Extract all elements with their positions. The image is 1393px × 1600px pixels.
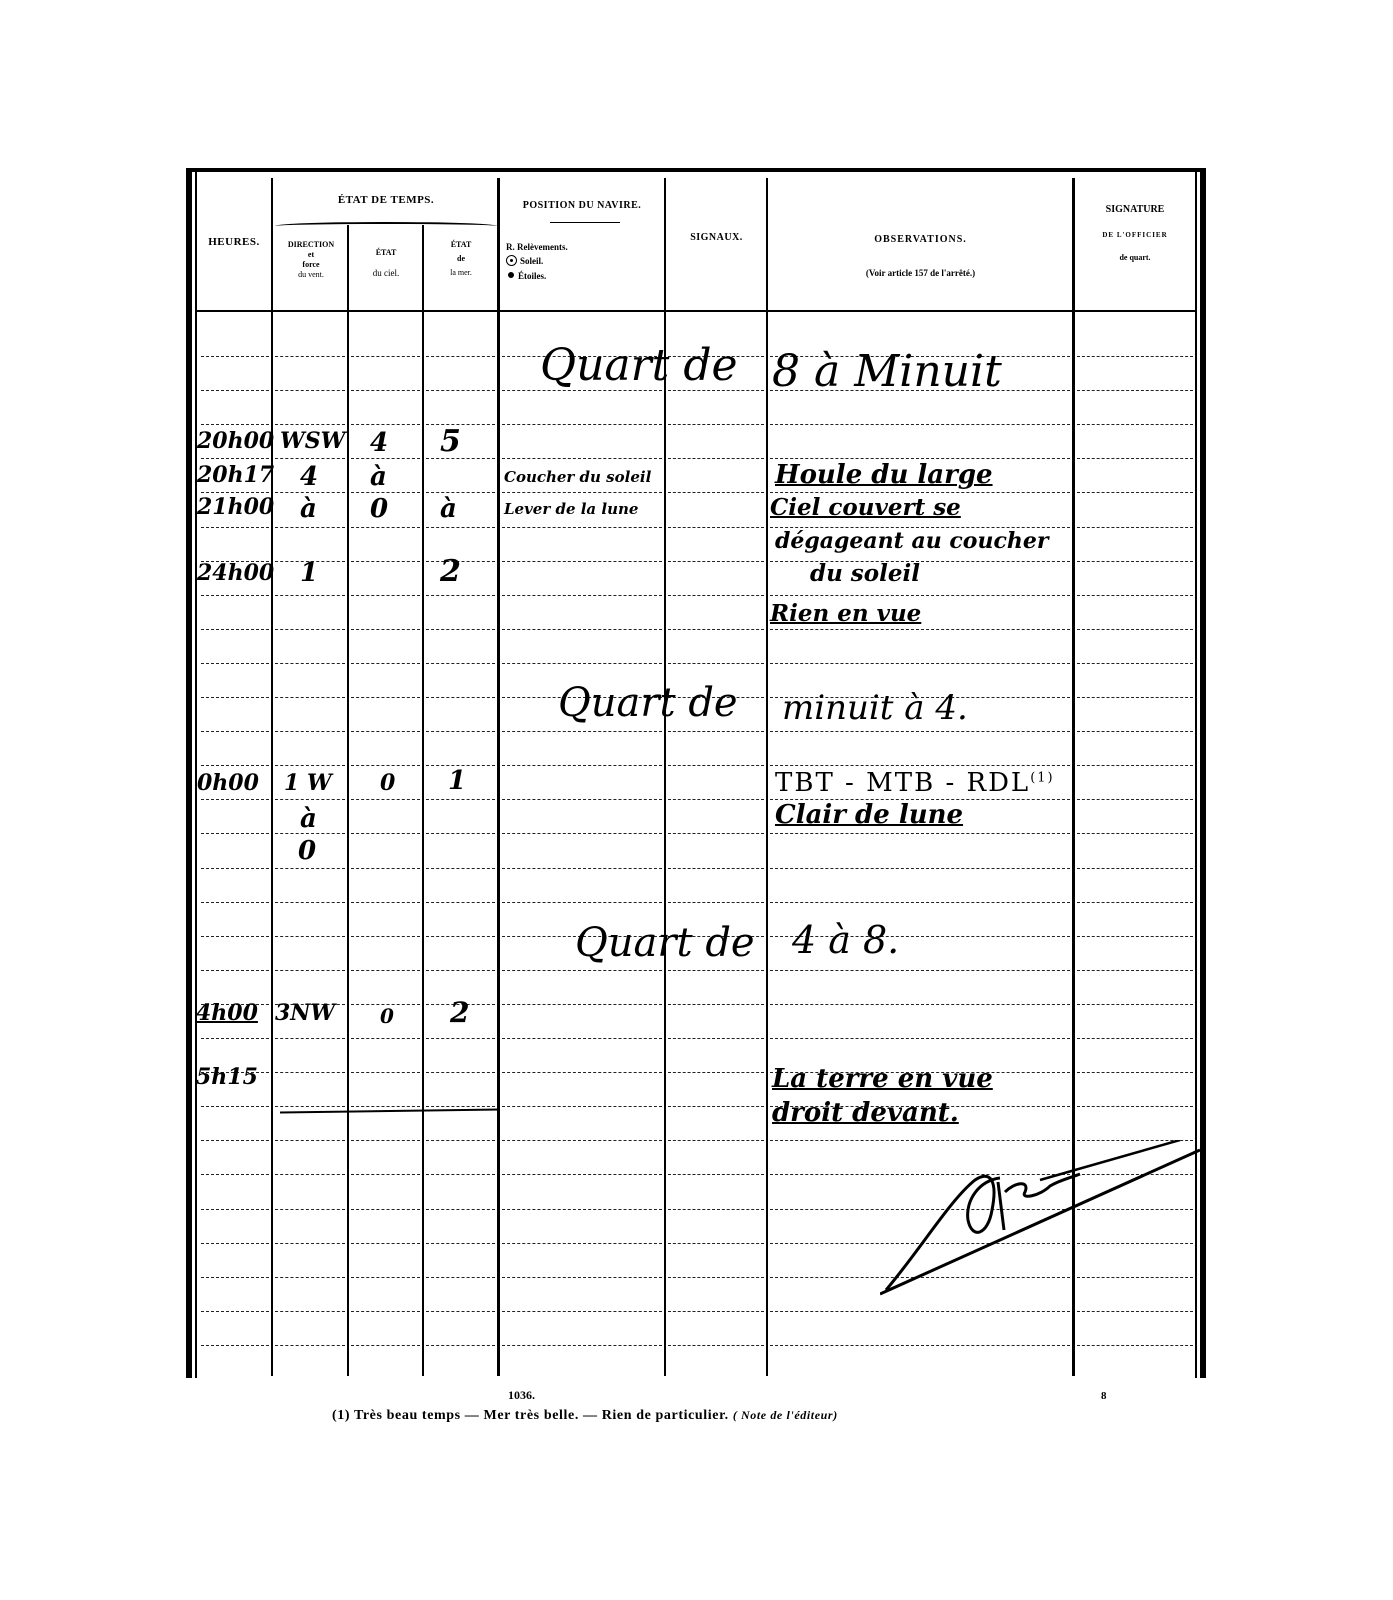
header-position-legend: R. Relèvements. Soleil. Étoiles. — [506, 240, 568, 283]
observation-line: droit devant. — [772, 1098, 959, 1128]
row-rule — [426, 1209, 495, 1210]
row-rule — [770, 424, 1070, 425]
row-rule — [502, 731, 662, 732]
row-rule — [201, 902, 269, 903]
observation-line: Ciel couvert se — [770, 494, 961, 521]
row-rule — [426, 1311, 495, 1312]
row-rule — [275, 731, 345, 732]
header-line: force — [275, 260, 347, 270]
row-rule — [351, 1140, 420, 1141]
row-rule — [275, 936, 345, 937]
table-frame-left — [186, 168, 192, 1378]
row-rule — [770, 902, 1070, 903]
row-rule — [502, 765, 662, 766]
heure-cell: 0h00 — [197, 770, 259, 796]
row-rule — [201, 731, 269, 732]
row-rule — [1077, 1311, 1193, 1312]
row-rule — [426, 390, 495, 391]
vent-cell: 0 — [298, 836, 316, 866]
row-rule — [1077, 1106, 1193, 1107]
row-rule — [201, 1209, 269, 1210]
observation-line: TBT - MTB - RDL(1) — [775, 768, 1055, 798]
row-rule — [668, 1072, 764, 1073]
row-rule — [668, 799, 764, 800]
row-rule — [502, 799, 662, 800]
row-rule — [1077, 799, 1193, 800]
watch-3-title-right: 4 à 8. — [792, 918, 899, 962]
row-rule — [668, 970, 764, 971]
row-rule — [275, 697, 345, 698]
row-rule — [351, 833, 420, 834]
row-rule — [770, 458, 1070, 459]
row-rule — [502, 492, 662, 493]
row-rule — [770, 731, 1070, 732]
row-rule — [275, 492, 345, 493]
header-etat-de-temps: ÉTAT DE TEMPS. — [275, 194, 497, 208]
row-rule — [668, 1038, 764, 1039]
heure-cell: 4h00 — [196, 1000, 258, 1026]
header-bottom-rule — [197, 310, 1195, 312]
row-rule — [668, 1345, 764, 1346]
row-rule — [502, 1174, 662, 1175]
row-rule — [1077, 1038, 1193, 1039]
row-rule — [275, 1277, 345, 1278]
row-rule — [351, 1345, 420, 1346]
row-rule — [770, 629, 1070, 630]
row-rule — [770, 868, 1070, 869]
row-rule — [502, 1038, 662, 1039]
row-rule — [502, 1311, 662, 1312]
row-rule — [275, 1311, 345, 1312]
row-rule — [1077, 629, 1193, 630]
footnote-ref: (1) — [1030, 770, 1054, 785]
position-rule — [550, 222, 620, 223]
row-rule — [426, 595, 495, 596]
row-rule — [1077, 527, 1193, 528]
row-rule — [201, 1345, 269, 1346]
position-cell: Lever de la lune — [504, 500, 638, 518]
row-rule — [1077, 833, 1193, 834]
row-rule — [351, 390, 420, 391]
row-rule — [668, 424, 764, 425]
ciel-cell: 0 — [380, 770, 395, 796]
row-rule — [275, 595, 345, 596]
row-rule — [351, 1038, 420, 1039]
row-rule — [351, 424, 420, 425]
row-rule — [1077, 492, 1193, 493]
row-rule — [351, 663, 420, 664]
footnote-text: (1) Très beau temps — Mer très belle. — … — [332, 1408, 729, 1423]
row-rule — [275, 1072, 345, 1073]
row-rule — [426, 629, 495, 630]
row-rule — [351, 936, 420, 937]
row-rule — [426, 1106, 495, 1107]
row-rule — [351, 868, 420, 869]
header-line: de quart. — [1075, 253, 1195, 263]
row-rule — [1077, 458, 1193, 459]
row-rule — [201, 1243, 269, 1244]
row-rule — [201, 356, 269, 357]
row-rule — [1077, 765, 1193, 766]
row-rule — [668, 1277, 764, 1278]
row-rule — [502, 1004, 662, 1005]
row-rule — [668, 731, 764, 732]
row-rule — [351, 970, 420, 971]
row-rule — [426, 1174, 495, 1175]
row-rule — [351, 765, 420, 766]
row-rule — [1077, 561, 1193, 562]
row-rule — [201, 1106, 269, 1107]
row-rule — [201, 663, 269, 664]
ciel-cell: à — [370, 462, 387, 492]
row-rule — [502, 561, 662, 562]
vent-cell: à — [300, 804, 317, 834]
row-rule — [426, 697, 495, 698]
row-rule — [426, 1243, 495, 1244]
header-observations-note: (Voir article 157 de l'arrêté.) — [769, 268, 1072, 279]
vent-cell: 1 W — [284, 770, 332, 796]
row-rule — [1077, 356, 1193, 357]
row-rule — [668, 1311, 764, 1312]
col-divider-heures — [271, 178, 273, 1376]
header-line: et — [275, 250, 347, 260]
sheet-mark: 8 — [1101, 1390, 1107, 1402]
row-rule — [351, 799, 420, 800]
row-rule — [1077, 1004, 1193, 1005]
header-line: DIRECTION — [275, 240, 347, 250]
row-rule — [502, 424, 662, 425]
row-rule — [275, 799, 345, 800]
row-rule — [275, 1106, 345, 1107]
row-rule — [275, 390, 345, 391]
row-rule — [201, 458, 269, 459]
row-rule — [275, 868, 345, 869]
row-rule — [201, 1174, 269, 1175]
row-rule — [668, 833, 764, 834]
row-rule — [351, 492, 420, 493]
row-rule — [201, 765, 269, 766]
row-rule — [426, 1277, 495, 1278]
row-rule — [201, 595, 269, 596]
row-rule — [201, 390, 269, 391]
observation-line: Rien en vue — [770, 600, 921, 627]
row-rule — [668, 595, 764, 596]
col-divider-mer — [497, 178, 500, 1376]
row-rule — [275, 970, 345, 971]
row-rule — [275, 1243, 345, 1244]
row-rule — [1077, 936, 1193, 937]
header-line: du vent. — [275, 270, 347, 280]
row-rule — [426, 356, 495, 357]
row-rule — [668, 765, 764, 766]
row-rule — [426, 731, 495, 732]
row-rule — [351, 595, 420, 596]
row-rule — [770, 833, 1070, 834]
row-rule — [426, 936, 495, 937]
row-rule — [201, 833, 269, 834]
heure-cell: 20h17 — [197, 462, 274, 488]
row-rule — [668, 1106, 764, 1107]
row-rule — [668, 1174, 764, 1175]
row-rule — [502, 527, 662, 528]
vent-cell: à — [300, 494, 317, 524]
header-position-navire: POSITION DU NAVIRE. — [500, 200, 664, 213]
row-rule — [426, 868, 495, 869]
header-direction-vent: DIRECTION et force du vent. — [275, 240, 347, 280]
row-rule — [275, 1345, 345, 1346]
row-rule — [201, 697, 269, 698]
row-rule — [426, 492, 495, 493]
row-rule — [1077, 697, 1193, 698]
row-rule — [502, 1345, 662, 1346]
row-rule — [668, 1140, 764, 1141]
row-rule — [201, 492, 269, 493]
header-etat-ciel: ÉTAT du ciel. — [350, 248, 422, 279]
header-line: de — [425, 254, 497, 264]
row-rule — [275, 765, 345, 766]
footnote: (1) Très beau temps — Mer très belle. — … — [332, 1408, 838, 1424]
row-rule — [201, 1311, 269, 1312]
legend-soleil: Soleil. — [506, 254, 568, 268]
row-rule — [351, 1072, 420, 1073]
row-rule — [201, 799, 269, 800]
col-divider-vent — [347, 225, 349, 1376]
vent-cell: WSW — [280, 428, 345, 454]
row-rule — [426, 833, 495, 834]
row-rule — [770, 970, 1070, 971]
page-number: 1036. — [508, 1388, 535, 1403]
row-rule — [770, 1004, 1070, 1005]
row-rule — [201, 936, 269, 937]
vent-cell: 1 — [300, 558, 318, 588]
row-rule — [770, 1345, 1070, 1346]
row-rule — [1077, 1072, 1193, 1073]
row-rule — [668, 868, 764, 869]
watch-1-title-left: Quart de — [540, 340, 738, 391]
row-rule — [275, 424, 345, 425]
row-rule — [668, 1004, 764, 1005]
row-rule — [502, 458, 662, 459]
table-frame-right — [1200, 168, 1206, 1378]
row-rule — [668, 458, 764, 459]
row-rule — [201, 527, 269, 528]
row-rule — [201, 868, 269, 869]
legend-etoiles: Étoiles. — [506, 269, 568, 283]
observation-line: La terre en vue — [772, 1064, 993, 1094]
header-line: DE L'OFFICIER — [1075, 231, 1195, 240]
row-rule — [201, 1140, 269, 1141]
row-rule — [668, 1243, 764, 1244]
row-rule — [502, 1277, 662, 1278]
header-line: ÉTAT — [425, 240, 497, 250]
watch-2-title-left: Quart de — [558, 680, 738, 726]
ciel-cell: 0 — [380, 1004, 394, 1028]
mer-cell: 5 — [440, 424, 461, 459]
legend-label: Soleil. — [520, 256, 543, 266]
row-rule — [502, 1140, 662, 1141]
header-line: la mer. — [425, 268, 497, 278]
row-rule — [1077, 902, 1193, 903]
col-divider-ciel — [422, 225, 424, 1376]
row-rule — [770, 595, 1070, 596]
row-rule — [1077, 595, 1193, 596]
row-rule — [351, 1277, 420, 1278]
sun-icon — [506, 255, 517, 266]
row-rule — [351, 527, 420, 528]
ciel-cell: 4 — [370, 428, 388, 458]
row-rule — [351, 561, 420, 562]
observation-line: du soleil — [810, 560, 920, 587]
logbook-page: HEURES. ÉTAT DE TEMPS. DIRECTION et forc… — [0, 0, 1393, 1600]
mer-cell: à — [440, 494, 457, 524]
row-rule — [502, 1072, 662, 1073]
row-rule — [201, 424, 269, 425]
header-line: SIGNATURE — [1075, 204, 1195, 217]
row-rule — [502, 1209, 662, 1210]
row-rule — [668, 561, 764, 562]
mer-cell: 1 — [448, 766, 466, 796]
row-rule — [351, 458, 420, 459]
row-rule — [1077, 390, 1193, 391]
row-rule — [351, 1209, 420, 1210]
row-rule — [770, 663, 1070, 664]
row-rule — [502, 1106, 662, 1107]
row-rule — [275, 1038, 345, 1039]
footnote-editor-note: ( Note de l'éditeur) — [733, 1408, 838, 1422]
row-rule — [502, 970, 662, 971]
row-rule — [351, 629, 420, 630]
header-line: ÉTAT — [350, 248, 422, 258]
row-rule — [770, 1038, 1070, 1039]
row-rule — [201, 1038, 269, 1039]
row-rule — [502, 595, 662, 596]
row-rule — [275, 527, 345, 528]
row-rule — [275, 356, 345, 357]
row-rule — [502, 833, 662, 834]
row-rule — [668, 527, 764, 528]
observation-line: Clair de lune — [775, 800, 963, 830]
row-rule — [201, 970, 269, 971]
row-rule — [770, 1311, 1070, 1312]
row-rule — [275, 1174, 345, 1175]
row-rule — [426, 799, 495, 800]
row-rule — [668, 1209, 764, 1210]
row-rule — [1077, 663, 1193, 664]
vent-cell: 3NW — [275, 1000, 335, 1026]
row-rule — [426, 1072, 495, 1073]
row-rule — [426, 1140, 495, 1141]
row-rule — [351, 1106, 420, 1107]
row-rule — [201, 1277, 269, 1278]
observation-line: Houle du large — [775, 460, 993, 490]
legend-label: Étoiles. — [518, 271, 546, 281]
row-rule — [502, 902, 662, 903]
watch-2-title-right: minuit à 4. — [782, 688, 968, 728]
row-rule — [351, 1311, 420, 1312]
row-rule — [426, 970, 495, 971]
officer-signature — [880, 1140, 1200, 1300]
row-rule — [668, 629, 764, 630]
row-rule — [426, 1345, 495, 1346]
watch-3-title-left: Quart de — [575, 920, 755, 966]
watch-1-title-right: 8 à Minuit — [772, 346, 1002, 397]
star-icon — [508, 272, 514, 278]
row-rule — [502, 663, 662, 664]
row-rule — [351, 697, 420, 698]
row-rule — [502, 868, 662, 869]
row-rule — [201, 629, 269, 630]
row-rule — [351, 356, 420, 357]
observation-line: dégageant au coucher — [775, 528, 1048, 554]
row-rule — [426, 527, 495, 528]
row-rule — [770, 492, 1070, 493]
position-cell: Coucher du soleil — [504, 468, 651, 486]
row-rule — [351, 1174, 420, 1175]
mer-cell: 2 — [440, 554, 461, 589]
vent-cell: 4 — [300, 462, 318, 492]
row-rule — [426, 902, 495, 903]
row-rule — [1077, 731, 1193, 732]
col-divider-signaux — [766, 178, 768, 1376]
row-rule — [1077, 424, 1193, 425]
row-rule — [351, 731, 420, 732]
observation-text: TBT - MTB - RDL — [775, 768, 1030, 798]
row-rule — [770, 765, 1070, 766]
header-observations: OBSERVATIONS. — [769, 234, 1072, 247]
row-rule — [502, 1243, 662, 1244]
mer-cell: 2 — [450, 996, 469, 1029]
row-rule — [502, 629, 662, 630]
header-signature: SIGNATURE DE L'OFFICIER de quart. — [1075, 204, 1195, 263]
ciel-cell: 0 — [370, 494, 388, 524]
row-rule — [668, 492, 764, 493]
etat-temps-brace — [275, 222, 497, 230]
header-signaux: SIGNAUX. — [667, 232, 766, 245]
row-rule — [275, 629, 345, 630]
row-rule — [1077, 970, 1193, 971]
row-rule — [275, 458, 345, 459]
row-rule — [668, 902, 764, 903]
heure-cell: 5h15 — [196, 1064, 258, 1090]
row-rule — [1077, 1345, 1193, 1346]
row-rule — [275, 1209, 345, 1210]
heure-cell: 21h00 — [197, 494, 274, 520]
row-rule — [1077, 868, 1193, 869]
row-rule — [275, 902, 345, 903]
row-rule — [668, 663, 764, 664]
heure-cell: 24h00 — [197, 560, 274, 586]
header-heures: HEURES. — [197, 236, 271, 250]
row-rule — [426, 1038, 495, 1039]
row-rule — [275, 663, 345, 664]
row-rule — [275, 1140, 345, 1141]
row-rule — [351, 902, 420, 903]
header-etat-mer: ÉTAT de la mer. — [425, 240, 497, 278]
row-rule — [351, 1243, 420, 1244]
header-line: du ciel. — [350, 268, 422, 279]
heure-cell: 20h00 — [197, 428, 274, 454]
row-rule — [426, 663, 495, 664]
legend-relevements: R. Relèvements. — [506, 240, 568, 254]
